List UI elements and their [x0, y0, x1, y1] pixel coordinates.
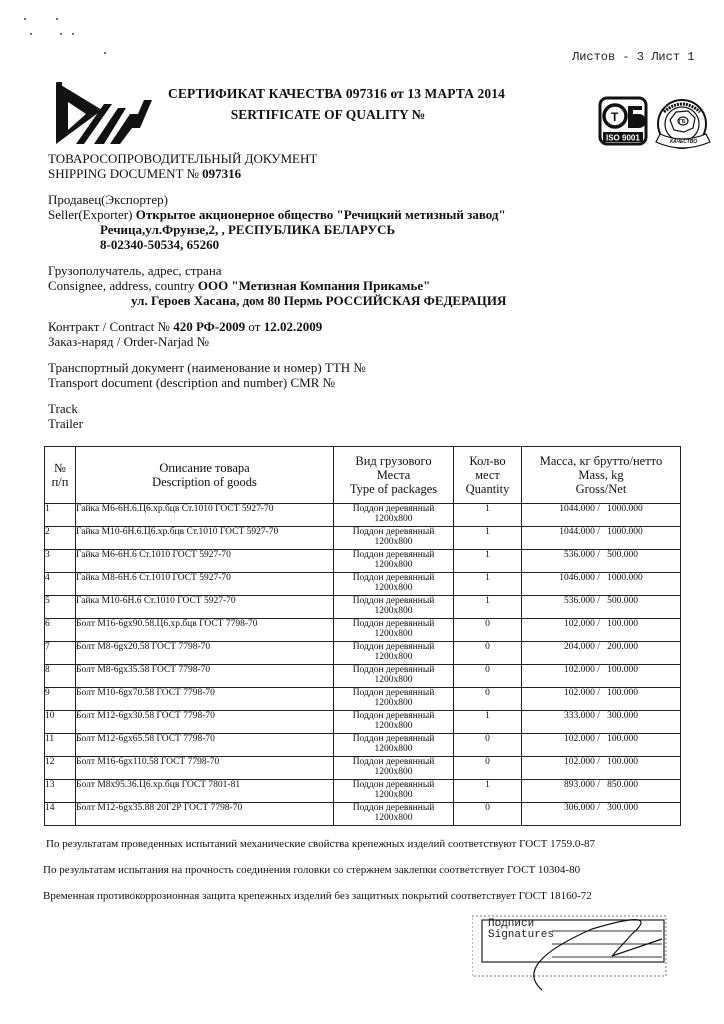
header-text: №: [54, 461, 66, 475]
mass-gross-net: 102.000 / 100.000: [522, 734, 681, 757]
mass-gross: 204.000: [564, 642, 595, 652]
package-quantity: 1: [454, 550, 522, 573]
svg-text:ГБ: ГБ: [679, 119, 686, 125]
mass-separator: /: [595, 504, 607, 514]
goods-description: Болт М16-6gx90.58.Ц6.хр.бцв ГОСТ 7798-70: [76, 619, 334, 642]
mass-net: 300.000: [607, 803, 638, 813]
mass-gross-net: 1044.000 / 1000.000: [522, 527, 681, 550]
mass-gross-net: 1044.000 / 1000.000: [522, 504, 681, 527]
package-quantity: 1: [454, 596, 522, 619]
mass-net: 100.000: [607, 734, 638, 744]
row-number: 1: [45, 504, 76, 527]
table-row: 2Гайка М10-6Н.6.Ц6.хр.бцв Ст.1010 ГОСТ 5…: [45, 527, 681, 550]
signatures-label: ПодписиSignatures: [488, 919, 554, 941]
mass-separator: /: [595, 665, 607, 675]
package-type-line: Поддон деревянный: [353, 688, 435, 698]
mass-net: 1000.000: [607, 527, 643, 537]
certification-marks: Т ISO 9001 ГБ КАЧЕСТВО: [598, 96, 714, 158]
mass-net: 1000.000: [607, 573, 643, 583]
svg-text:ISO 9001: ISO 9001: [606, 134, 640, 143]
shipping-doc-number: 097316: [202, 166, 241, 181]
package-type-line: Поддон деревянный: [353, 803, 435, 813]
goods-description: Болт М8x95.36.Ц6.хр.бцв ГОСТ 7801-81: [76, 780, 334, 803]
goods-description: Гайка М6-6Н.6.Ц6.хр.бцв Ст.1010 ГОСТ 592…: [76, 504, 334, 527]
package-quantity: 1: [454, 573, 522, 596]
seller-label-ru: Продавец(Экспортер): [48, 192, 168, 207]
contract-date: 12.02.2009: [264, 319, 323, 334]
package-type: Поддон деревянный1200x800: [334, 504, 454, 527]
goods-description: Болт М12-6gx65.58 ГОСТ 7798-70: [76, 734, 334, 757]
package-quantity: 0: [454, 665, 522, 688]
package-quantity: 0: [454, 734, 522, 757]
mass-separator: /: [595, 688, 607, 698]
header-text: Gross/Net: [576, 482, 627, 496]
mass-gross-net: 333.000 / 300.000: [522, 711, 681, 734]
package-type: Поддон деревянный1200x800: [334, 527, 454, 550]
package-type-line: Поддон деревянный: [353, 596, 435, 606]
package-type-line: Поддон деревянный: [353, 780, 435, 790]
mass-gross: 536.000: [564, 550, 595, 560]
package-type: Поддон деревянный1200x800: [334, 642, 454, 665]
row-number: 10: [45, 711, 76, 734]
mass-separator: /: [595, 711, 607, 721]
mass-gross: 1044.000: [559, 527, 595, 537]
mass-gross: 306.000: [564, 803, 595, 813]
belarus-quality-seal-icon: ГБ КАЧЕСТВО: [656, 100, 710, 148]
goods-description: Гайка М10-6Н.6.Ц6.хр.бцв Ст.1010 ГОСТ 59…: [76, 527, 334, 550]
col-header-num: №п/п: [45, 447, 76, 504]
mass-net: 850.000: [607, 780, 638, 790]
mass-gross: 536.000: [564, 596, 595, 606]
table-row: 3Гайка М6-6Н.6 Ст.1010 ГОСТ 5927-70Поддо…: [45, 550, 681, 573]
goods-description: Болт М8-6gx20.58 ГОСТ 7798-70: [76, 642, 334, 665]
package-type: Поддон деревянный1200x800: [334, 734, 454, 757]
row-number: 14: [45, 803, 76, 826]
mass-separator: /: [595, 734, 607, 744]
goods-description: Болт М8-6gx35.58 ГОСТ 7798-70: [76, 665, 334, 688]
mass-net: 500.000: [607, 596, 638, 606]
mass-gross-net: 893.000 / 850.000: [522, 780, 681, 803]
sheet-count: Листов - 3 Лист 1: [572, 50, 694, 64]
table-row: 14Болт М12-6gx35.88 20Г2Р ГОСТ 7798-70По…: [45, 803, 681, 826]
order-label: Заказ-наряд / Order-Narjad №: [48, 334, 209, 349]
contract-date-prefix: от: [245, 319, 264, 334]
row-number: 5: [45, 596, 76, 619]
table-row: 6Болт М16-6gx90.58.Ц6.хр.бцв ГОСТ 7798-7…: [45, 619, 681, 642]
package-type-line: Поддон деревянный: [353, 550, 435, 560]
consignee-label-ru: Грузополучатель, адрес, страна: [48, 263, 222, 278]
table-row: 9Болт М10-6gx70.58 ГОСТ 7798-70Поддон де…: [45, 688, 681, 711]
seller-name: Открытое акционерное общество "Речицкий …: [136, 207, 506, 222]
col-header-description: Описание товараDescription of goods: [76, 447, 334, 504]
scan-speck: [104, 52, 106, 54]
scan-speck: [56, 18, 58, 20]
note-rivet-strength: По результатам испытания на прочность со…: [43, 864, 580, 876]
package-size-line: 1200x800: [375, 813, 413, 823]
signatures-label-en: Signatures: [488, 929, 554, 941]
header-text: мест: [475, 468, 500, 482]
note-corrosion-protection: Временная противокоррозионная защита кре…: [43, 890, 592, 902]
package-type: Поддон деревянный1200x800: [334, 619, 454, 642]
package-quantity: 0: [454, 757, 522, 780]
header-text: Описание товара: [159, 461, 249, 475]
header-text: п/п: [52, 475, 69, 489]
seller-row: Seller(Exporter) Открытое акционерное об…: [48, 207, 506, 222]
mass-net: 500.000: [607, 550, 638, 560]
transport-label-ru: Транспортный документ (наименование и но…: [48, 360, 366, 375]
header-text: Mass, kg: [578, 468, 623, 482]
svg-text:Т: Т: [611, 110, 619, 124]
trailer-label: Trailer: [48, 416, 83, 431]
track-label: Track: [48, 401, 78, 416]
package-size-line: 1200x800: [375, 560, 413, 570]
shipping-doc-en: SHIPPING DOCUMENT № 097316: [48, 166, 241, 181]
package-quantity: 1: [454, 504, 522, 527]
consignee-row: Consignee, address, country ООО "Метизна…: [48, 278, 430, 293]
header-text: Кол-во: [469, 454, 505, 468]
table-row: 8Болт М8-6gx35.58 ГОСТ 7798-70Поддон дер…: [45, 665, 681, 688]
mass-separator: /: [595, 803, 607, 813]
table-row: 1Гайка М6-6Н.6.Ц6.хр.бцв Ст.1010 ГОСТ 59…: [45, 504, 681, 527]
header-text: Description of goods: [152, 475, 257, 489]
package-type: Поддон деревянный1200x800: [334, 780, 454, 803]
mass-gross-net: 1046.000 / 1000.000: [522, 573, 681, 596]
mass-separator: /: [595, 527, 607, 537]
mass-gross: 1044.000: [559, 504, 595, 514]
mass-gross-net: 536.000 / 500.000: [522, 550, 681, 573]
table-row: 12Болт М16-6gx110.58 ГОСТ 7798-70Поддон …: [45, 757, 681, 780]
goods-table: №п/п Описание товараDescription of goods…: [44, 446, 681, 826]
mass-gross: 1046.000: [559, 573, 595, 583]
package-type-line: Поддон деревянный: [353, 504, 435, 514]
package-quantity: 0: [454, 619, 522, 642]
contract-number: 420 РФ-2009: [173, 319, 245, 334]
package-size-line: 1200x800: [375, 767, 413, 777]
package-size-line: 1200x800: [375, 675, 413, 685]
package-type-line: Поддон деревянный: [353, 642, 435, 652]
header-text: Вид грузового: [355, 454, 431, 468]
package-type-line: Поддон деревянный: [353, 734, 435, 744]
mass-separator: /: [595, 596, 607, 606]
signature-block: ПодписиSignatures: [472, 914, 672, 994]
goods-description: Болт М16-6gx110.58 ГОСТ 7798-70: [76, 757, 334, 780]
dm-company-logo-icon: [52, 80, 152, 146]
package-type-line: Поддон деревянный: [353, 573, 435, 583]
mass-separator: /: [595, 780, 607, 790]
package-quantity: 1: [454, 711, 522, 734]
scan-speck: [72, 33, 74, 35]
mass-gross-net: 102.000 / 100.000: [522, 619, 681, 642]
package-type-line: Поддон деревянный: [353, 757, 435, 767]
row-number: 6: [45, 619, 76, 642]
package-size-line: 1200x800: [375, 652, 413, 662]
mass-separator: /: [595, 619, 607, 629]
header-text: Места: [377, 468, 411, 482]
package-size-line: 1200x800: [375, 514, 413, 524]
mass-gross-net: 204.000 / 200.000: [522, 642, 681, 665]
package-quantity: 1: [454, 780, 522, 803]
table-row: 10Болт М12-6gx30.58 ГОСТ 7798-70Поддон д…: [45, 711, 681, 734]
goods-description: Гайка М6-6Н.6 Ст.1010 ГОСТ 5927-70: [76, 550, 334, 573]
mass-net: 100.000: [607, 619, 638, 629]
note-mechanical-properties: По результатам проведенных испытаний мех…: [46, 838, 595, 850]
package-size-line: 1200x800: [375, 537, 413, 547]
mass-gross-net: 536.000 / 500.000: [522, 596, 681, 619]
mass-separator: /: [595, 757, 607, 767]
shipping-doc-label: SHIPPING DOCUMENT №: [48, 166, 202, 181]
table-row: 5Гайка М10-6Н.6 Ст.1010 ГОСТ 5927-70Подд…: [45, 596, 681, 619]
col-header-package-type: Вид грузовогоМестаType of packages: [334, 447, 454, 504]
package-quantity: 0: [454, 642, 522, 665]
package-type: Поддон деревянный1200x800: [334, 596, 454, 619]
header-text: Quantity: [466, 482, 510, 496]
table-row: 13Болт М8x95.36.Ц6.хр.бцв ГОСТ 7801-81По…: [45, 780, 681, 803]
row-number: 8: [45, 665, 76, 688]
header-text: Масса, кг брутто/нетто: [540, 454, 662, 468]
mass-gross-net: 102.000 / 100.000: [522, 688, 681, 711]
package-type-line: Поддон деревянный: [353, 711, 435, 721]
mass-gross: 102.000: [564, 665, 595, 675]
package-type: Поддон деревянный1200x800: [334, 688, 454, 711]
package-type: Поддон деревянный1200x800: [334, 573, 454, 596]
mass-gross-net: 102.000 / 100.000: [522, 665, 681, 688]
certificate-title-en: SERTIFICATE OF QUALITY №: [168, 107, 488, 123]
package-size-line: 1200x800: [375, 698, 413, 708]
table-row: 7Болт М8-6gx20.58 ГОСТ 7798-70Поддон дер…: [45, 642, 681, 665]
table-header-row: №п/п Описание товараDescription of goods…: [45, 447, 681, 504]
package-type-line: Поддон деревянный: [353, 665, 435, 675]
certificate-title-ru: СЕРТИФИКАТ КАЧЕСТВА 097316 от 13 МАРТА 2…: [168, 86, 488, 102]
col-header-mass: Масса, кг брутто/неттоMass, kgGross/Net: [522, 447, 681, 504]
mass-net: 100.000: [607, 688, 638, 698]
seller-label-en: Seller(Exporter): [48, 207, 136, 222]
package-size-line: 1200x800: [375, 790, 413, 800]
scan-speck: [60, 33, 62, 35]
mass-net: 1000.000: [607, 504, 643, 514]
consignee-name: ООО "Метизная Компания Прикамье": [198, 278, 431, 293]
row-number: 11: [45, 734, 76, 757]
goods-description: Болт М12-6gx35.88 20Г2Р ГОСТ 7798-70: [76, 803, 334, 826]
mass-gross-net: 102.000 / 100.000: [522, 757, 681, 780]
mass-net: 100.000: [607, 665, 638, 675]
package-quantity: 0: [454, 803, 522, 826]
package-size-line: 1200x800: [375, 721, 413, 731]
consignee-label-en: Consignee, address, country: [48, 278, 198, 293]
row-number: 12: [45, 757, 76, 780]
package-type: Поддон деревянный1200x800: [334, 803, 454, 826]
goods-description: Болт М10-6gx70.58 ГОСТ 7798-70: [76, 688, 334, 711]
seller-address: Речица,ул.Фрунзе,2, , РЕСПУБЛИКА БЕЛАРУС…: [100, 222, 395, 237]
row-number: 13: [45, 780, 76, 803]
shipping-doc-ru: ТОВАРОСОПРОВОДИТЕЛЬНЫЙ ДОКУМЕНТ: [48, 151, 317, 166]
package-type: Поддон деревянный1200x800: [334, 550, 454, 573]
package-quantity: 1: [454, 527, 522, 550]
mass-separator: /: [595, 642, 607, 652]
package-type: Поддон деревянный1200x800: [334, 665, 454, 688]
mass-net: 100.000: [607, 757, 638, 767]
mass-gross: 102.000: [564, 757, 595, 767]
contract-label: Контракт / Contract №: [48, 319, 173, 334]
scan-speck: [24, 18, 26, 20]
col-header-quantity: Кол-воместQuantity: [454, 447, 522, 504]
contract-row: Контракт / Contract № 420 РФ-2009 от 12.…: [48, 319, 322, 334]
package-size-line: 1200x800: [375, 629, 413, 639]
svg-text:КАЧЕСТВО: КАЧЕСТВО: [670, 139, 697, 145]
stb-iso-mark-icon: Т ISO 9001 ГБ КАЧЕСТВО: [598, 96, 714, 158]
mass-net: 200.000: [607, 642, 638, 652]
package-type-line: Поддон деревянный: [353, 619, 435, 629]
package-quantity: 0: [454, 688, 522, 711]
row-number: 7: [45, 642, 76, 665]
package-size-line: 1200x800: [375, 606, 413, 616]
mass-gross: 102.000: [564, 688, 595, 698]
row-number: 2: [45, 527, 76, 550]
scan-speck: [30, 33, 32, 35]
table-row: 4Гайка М8-6Н.6 Ст.1010 ГОСТ 5927-70Поддо…: [45, 573, 681, 596]
row-number: 3: [45, 550, 76, 573]
mass-gross-net: 306.000 / 300.000: [522, 803, 681, 826]
mass-gross: 102.000: [564, 734, 595, 744]
mass-gross: 333.000: [564, 711, 595, 721]
consignee-address: ул. Героев Хасана, дом 80 Пермь РОССИЙСК…: [131, 293, 506, 308]
package-type-line: Поддон деревянный: [353, 527, 435, 537]
seller-phone: 8-02340-50534, 65260: [100, 237, 219, 252]
goods-description: Болт М12-6gx30.58 ГОСТ 7798-70: [76, 711, 334, 734]
goods-description: Гайка М10-6Н.6 Ст.1010 ГОСТ 5927-70: [76, 596, 334, 619]
mass-separator: /: [595, 550, 607, 560]
header-text: Type of packages: [350, 482, 437, 496]
mass-gross: 102.000: [564, 619, 595, 629]
package-type: Поддон деревянный1200x800: [334, 711, 454, 734]
package-size-line: 1200x800: [375, 744, 413, 754]
mass-net: 300.000: [607, 711, 638, 721]
package-size-line: 1200x800: [375, 583, 413, 593]
table-row: 11Болт М12-6gx65.58 ГОСТ 7798-70Поддон д…: [45, 734, 681, 757]
row-number: 9: [45, 688, 76, 711]
row-number: 4: [45, 573, 76, 596]
mass-separator: /: [595, 573, 607, 583]
goods-description: Гайка М8-6Н.6 Ст.1010 ГОСТ 5927-70: [76, 573, 334, 596]
package-type: Поддон деревянный1200x800: [334, 757, 454, 780]
transport-label-en: Transport document (description and numb…: [48, 375, 335, 390]
mass-gross: 893.000: [564, 780, 595, 790]
